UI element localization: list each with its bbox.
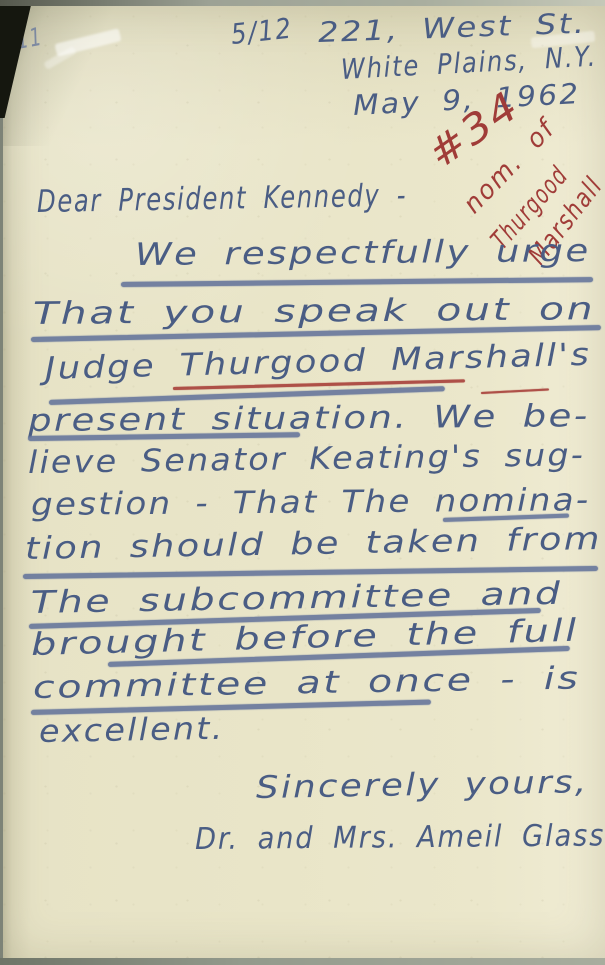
scanned-letter: 11 5/12 221, West St. White Plains, N.Y.…: [0, 0, 605, 965]
underline-stroke-blue: [121, 277, 593, 287]
body-line-1: We respectfully urge: [135, 235, 591, 272]
underline-stroke-red: [481, 388, 549, 394]
tape-glare: [43, 46, 76, 70]
body-line-4: present situation. We be-: [28, 400, 590, 437]
closing-line: Sincerely yours,: [256, 766, 589, 804]
body-line-7: tion should be taken from: [25, 523, 602, 566]
salutation: Dear President Kennedy -: [37, 180, 408, 219]
body-line-3: Judge Thurgood Marshall's: [45, 339, 592, 386]
body-line-5: lieve Senator Keating's sug-: [28, 439, 585, 479]
scan-bottom-edge: [0, 958, 605, 965]
scan-top-edge: [0, 0, 605, 6]
signature-line: Dr. and Mrs. Ameil Glass: [195, 820, 605, 855]
paper: 11 5/12 221, West St. White Plains, N.Y.…: [3, 6, 605, 958]
filing-mark: 5/12: [229, 14, 294, 50]
body-line-11: excellent.: [39, 713, 225, 749]
body-line-2: That you speak out on: [33, 293, 596, 330]
body-line-10: committee at once - is: [33, 662, 581, 704]
tape-glare: [54, 28, 121, 57]
